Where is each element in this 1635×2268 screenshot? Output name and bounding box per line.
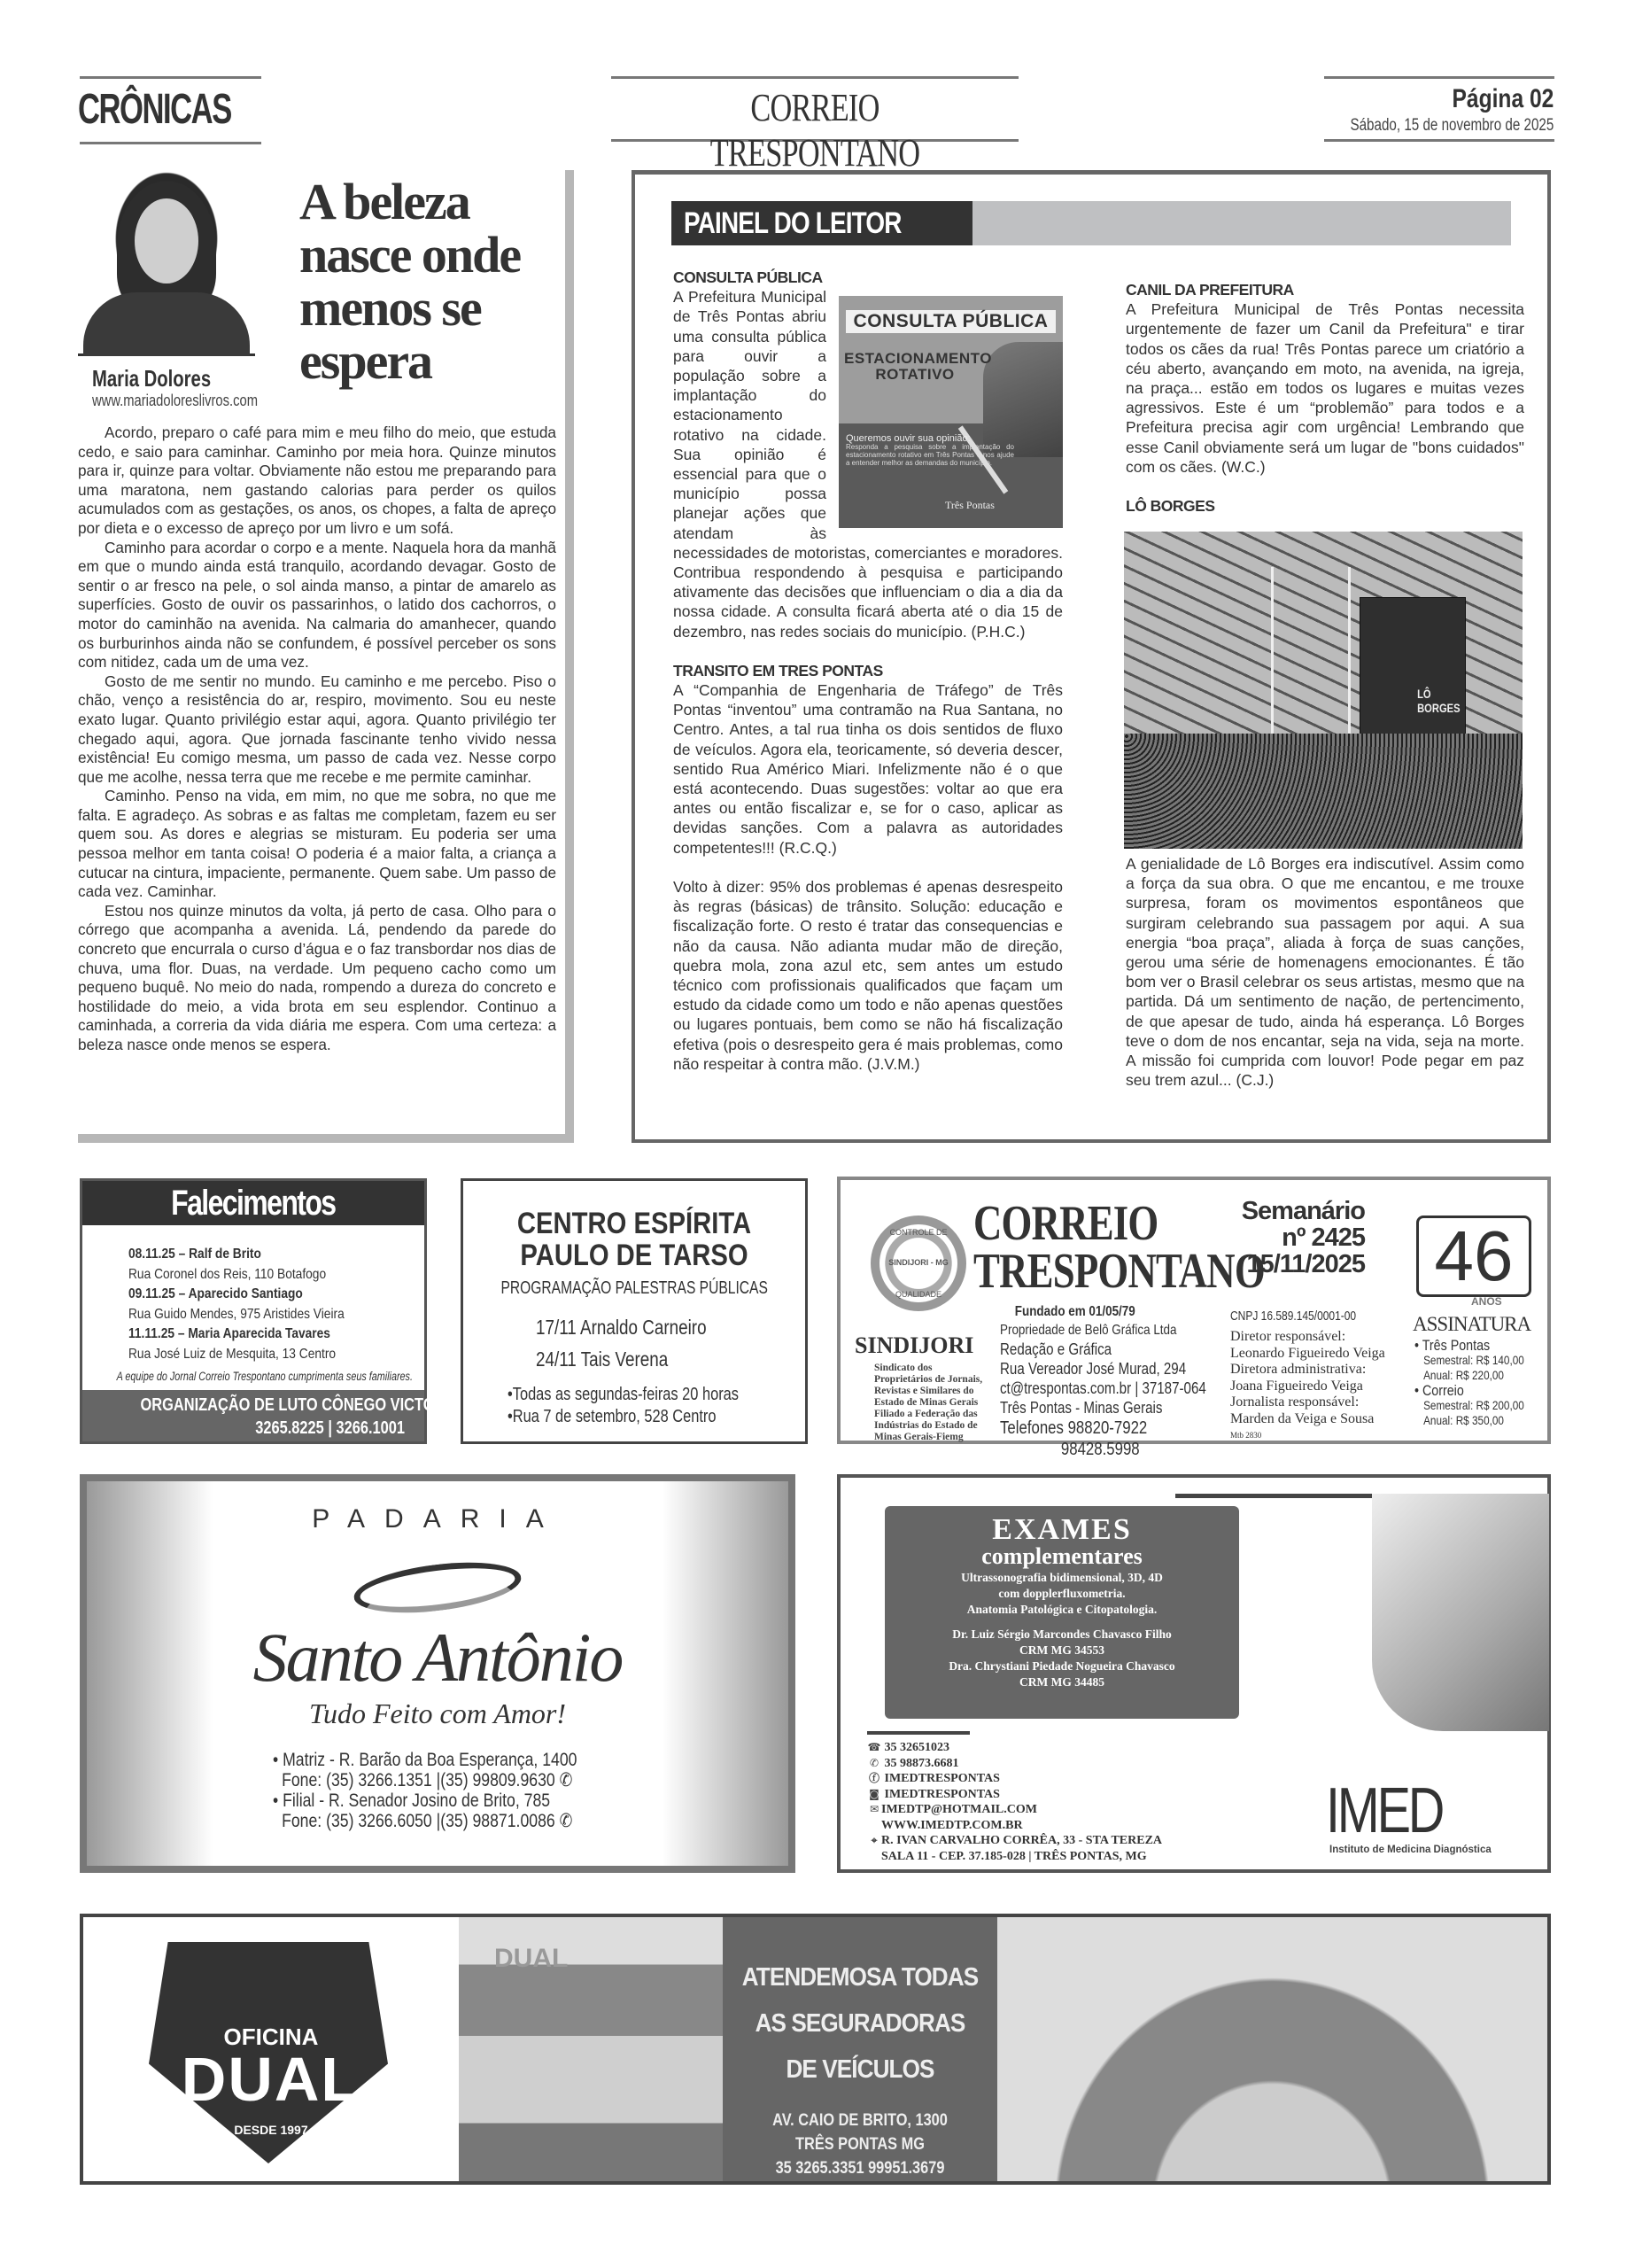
imed-contacts: ☎ 35 32651023 ✆ 35 98873.6681 ⓕ IMEDTRES…: [867, 1740, 1162, 1864]
workshop-photo: DUAL: [459, 1917, 723, 2181]
obituary-address: Rua Guido Mendes, 975 Aristides Vieira: [128, 1305, 383, 1325]
canil-text: A Prefeitura Municipal de Três Pontas ne…: [1126, 299, 1524, 477]
quality-seal-icon: CONTROLE DE SINDIJORI - MG QUALIDADE: [871, 1216, 966, 1311]
subscription-prices: • Três Pontas Semestral: R$ 140,00 Anual…: [1414, 1338, 1545, 1428]
transito-text: A “Companhia de Engenharia de Tráfego” d…: [673, 680, 1063, 858]
author-photo: [78, 168, 255, 356]
author-name: Maria Dolores: [92, 365, 211, 392]
cnpj: CNPJ 16.589.145/0001-00: [1230, 1309, 1356, 1324]
newspaper-title: CORREIO TRESPONTANO: [656, 85, 974, 175]
panel-header: PAINEL DO LEITOR: [671, 201, 1511, 245]
tres-pontas-logo: Três Pontas: [945, 495, 995, 515]
anniversary-badge: 46: [1416, 1216, 1531, 1297]
column-shadow: [565, 170, 574, 1143]
author-url[interactable]: www.mariadoloreslivros.com: [92, 392, 258, 410]
consulta-image: CONSULTA PÚBLICA ESTACIONAMENTO ROTATIVO…: [839, 296, 1063, 528]
ultrasound-photo: [1372, 1494, 1549, 1731]
newspaper-logo: CORREIO TRESPONTANO: [973, 1200, 1265, 1295]
oficina-dual-ad[interactable]: OFICINA DUAL DESDE 1997 DUAL ATENDEMOSA …: [80, 1914, 1551, 2185]
article-paragraph: Caminho para acordar o corpo e a mente. …: [78, 539, 556, 672]
spiritist-center-box: CENTRO ESPÍRITA PAULO DE TARSO PROGRAMAÇ…: [461, 1178, 808, 1444]
whatsapp-icon: ✆: [867, 1756, 881, 1772]
lo-borges-photo: LÔ BORGES: [1124, 532, 1523, 849]
issue-date: Sábado, 15 de novembro de 2025: [1350, 116, 1554, 136]
obituaries-note: A equipe do Jornal Correio Trespontano c…: [117, 1370, 391, 1383]
anniversary-label: ANOS: [1471, 1295, 1502, 1308]
funeral-home-phones: 3265.8225 | 3266.1001: [141, 1417, 405, 1440]
rule: [1324, 139, 1554, 142]
article-body: Acordo, preparo o café para mim e meu fi…: [78, 423, 556, 1055]
article-paragraph: Caminho. Penso na vida, em mim, no que m…: [78, 787, 556, 902]
imed-ad[interactable]: EXAMES complementares Ultrassonografia b…: [837, 1474, 1551, 1873]
instagram-icon: ◙: [867, 1787, 881, 1803]
subscription-title: ASSINATURA: [1413, 1313, 1530, 1336]
rule: [80, 76, 261, 79]
spiritist-title: PAULO DE TARSO: [487, 1239, 781, 1271]
funeral-home: ORGANIZAÇÃO DE LUTO CÔNEGO VICTOR 3265.8…: [82, 1390, 424, 1441]
funeral-home-name: ORGANIZAÇÃO DE LUTO CÔNEGO VICTOR: [141, 1394, 405, 1417]
exams-panel: EXAMES complementares Ultrassonografia b…: [885, 1506, 1239, 1719]
article-paragraph: Gosto de me sentir no mundo. Eu caminho …: [78, 672, 556, 788]
panel-column-right: CANIL DA PREFEITURA A Prefeitura Municip…: [1126, 280, 1524, 516]
bakery-ring-icon: [352, 1555, 524, 1621]
lo-borges-heading: LÔ BORGES: [1126, 496, 1524, 516]
page-info: Página 02 Sábado, 15 de novembro de 2025: [1299, 84, 1554, 136]
phone-icon: ☎: [867, 1740, 881, 1756]
spiritist-subtitle: PROGRAMAÇÃO PALESTRAS PÚBLICAS: [500, 1278, 767, 1299]
column-shadow: [78, 1134, 574, 1143]
obituaries-list: 08.11.25 – Ralf de Brito Rua Coronel dos…: [82, 1225, 424, 1364]
contact-email[interactable]: ct@trespontas.com.br | 37187-064: [1000, 1379, 1206, 1398]
obituary-item: 08.11.25 – Ralf de Brito: [128, 1245, 383, 1265]
bakery-name: Santo Antônio: [87, 1621, 788, 1694]
panel-title: PAINEL DO LEITOR: [684, 201, 902, 245]
email-icon: ✉: [867, 1802, 881, 1818]
spiritist-title: CENTRO ESPÍRITA: [487, 1208, 781, 1239]
article-paragraph: Estou nos quinze minutos da volta, já pe…: [78, 902, 556, 1055]
obituaries-box: Falecimentos 08.11.25 – Ralf de Brito Ru…: [80, 1178, 427, 1444]
facebook-icon: ⓕ: [867, 1771, 881, 1787]
workshop-panorama-photo: [997, 1917, 1547, 2181]
page-number: Página 02: [1344, 84, 1554, 114]
panel-column-left: CONSULTA PÚBLICA CONSULTA PÚBLICA ESTACI…: [673, 268, 1063, 1074]
location-pin-icon: ⌖: [867, 1833, 881, 1849]
transito-heading: TRANSITO EM TRES PONTAS: [673, 661, 1063, 680]
canil-heading: CANIL DA PREFEITURA: [1126, 280, 1524, 299]
consulta-heading: CONSULTA PÚBLICA: [673, 268, 1063, 287]
dual-logo: OFICINA DUAL DESDE 1997: [83, 1917, 459, 2181]
spiritist-info: •Todas as segundas-feiras 20 horas •Rua …: [463, 1384, 805, 1428]
obituary-address: Rua José Luiz de Mesquita, 13 Centro: [128, 1345, 383, 1365]
rule: [80, 142, 261, 144]
obituary-item: 09.11.25 – Aparecido Santiago: [128, 1285, 383, 1305]
imed-logo-subtitle: Instituto de Medicina Diagnóstica: [1329, 1845, 1492, 1855]
bakery-slogan: Tudo Feito com Amor!: [87, 1697, 788, 1730]
rule: [1324, 76, 1554, 79]
rule: [611, 76, 1019, 79]
talk-item: 17/11 Arnaldo Carneiro: [536, 1311, 756, 1343]
section-title: CRÔNICAS: [78, 85, 231, 134]
bakery-addresses: • Matriz - R. Barão da Boa Esperança, 14…: [87, 1750, 788, 1831]
talk-item: 24/11 Tais Verena: [536, 1343, 756, 1375]
bakery-ad[interactable]: PADARIA Santo Antônio Tudo Feito com Amo…: [80, 1474, 795, 1873]
masthead-box: CONTROLE DE SINDIJORI - MG QUALIDADE COR…: [837, 1177, 1551, 1444]
bakery-label: PADARIA: [87, 1504, 788, 1534]
imed-logo: IMED: [1326, 1779, 1442, 1843]
article-paragraph: Acordo, preparo o café para mim e meu fi…: [78, 423, 556, 539]
obituaries-title: Falecimentos: [171, 1181, 335, 1225]
obituary-address: Rua Coronel dos Reis, 110 Botafogo: [128, 1265, 383, 1285]
sindijori-logo: SINDIJORI: [855, 1332, 973, 1359]
staff-list: Diretor responsável: Leonardo Figueiredo…: [1230, 1329, 1385, 1444]
issue-info: Semanário nº 2425 15/11/2025: [1223, 1198, 1365, 1278]
lo-borges-text: A genialidade de Lô Borges era indiscutí…: [1126, 854, 1524, 1090]
newspaper-contact: Fundado em 01/05/79 Propriedade de Belô …: [1000, 1302, 1245, 1460]
sindijori-description: Sindicato dos Proprietários de Jornais, …: [874, 1363, 982, 1443]
talks-list: 17/11 Arnaldo Carneiro 24/11 Tais Verena: [463, 1311, 805, 1375]
transito-text-2: Volto à dizer: 95% dos problemas é apena…: [673, 877, 1063, 1074]
article-headline: A beleza nasce onde menos se espera: [299, 175, 565, 388]
obituary-item: 11.11.25 – Maria Aparecida Tavares: [128, 1324, 383, 1345]
dual-info: ATENDEMOSA TODAS AS SEGURADORAS DE VEÍCU…: [723, 1917, 997, 2181]
car-icon: [983, 342, 1063, 457]
